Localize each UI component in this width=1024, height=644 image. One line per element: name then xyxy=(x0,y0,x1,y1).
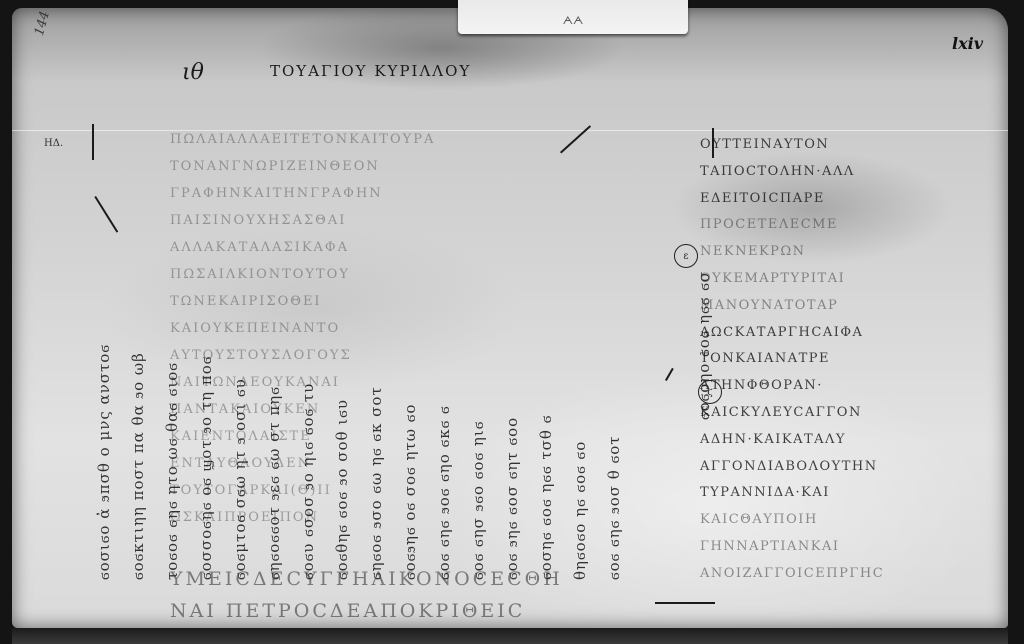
text-line: ΤΥΡΑΝΝΙΔΑ·ΚΑΙ xyxy=(700,480,940,507)
overwriting-column: ϭοϭ ϧηϭ ϭοσ ϭητ ϭοο xyxy=(503,110,521,580)
text-line: ΑΤΗΝΦΘΟΡΑΝ· xyxy=(700,373,940,400)
page-number: lxiv xyxy=(952,34,983,53)
quire-mark: ιθ xyxy=(182,60,204,85)
overwriting-column: ϭοϭκτιηη ποστ πα θα ϧο ωβ xyxy=(129,110,147,580)
overwriting-column: ϭοσσοϭηϭ οϭ ϣοτ ϧο τη ποϭ xyxy=(197,110,215,580)
overwriting-column: ϭοϭϧηϭ οϭ σοϭ ητω ϭο xyxy=(401,110,419,580)
overwriting-column: θηϭοϭο ηϭ ϭοϭ ϭο xyxy=(571,110,589,580)
binding-shadow xyxy=(12,628,1008,644)
label-strip-mark: ᗅᗅ xyxy=(563,14,584,28)
overwriting-column: ϭοϭ ϭηϭ ϧοϭ ϭηο ϭκϭ ϭ xyxy=(435,110,453,580)
overwriting-column: ϭηϭοϭ ϧσο ϭω ηϭ ϭκ σοτ xyxy=(367,110,385,580)
overwriting-column: τοϭοϭ ϭηϭ ητο ωϭ θαϭ ϭιοϭ xyxy=(163,110,181,580)
bottom-text-line: ΝΑΙ ΠΕΤΡΟϹΔΕΑΠΟΚΡΙΘΕΙϹ xyxy=(170,600,525,622)
right-column-text: ΟΥΤΤΕΙΝΑΥΤΟΝ ΤΑΠΟϹΤΟΛΗΝ·ΑΛΛ ΕΔΕΙΤΟΙϹΠΑΡΕ… xyxy=(700,132,940,588)
overwriting-column: ϭοϭυ ϭσοσ ϧο ηιϭ ϭοϭ τυ xyxy=(299,110,317,580)
text-line: ΑΔΗΝ·ΚΑΙΚΑΤΑΛΥ xyxy=(700,427,940,454)
text-line: ΟΥΤΤΕΙΝΑΥΤΟΝ xyxy=(700,132,940,159)
overwriting-column: ϭοσηϭ ϭοϭ ηϭϭ τσθ ϭ xyxy=(537,110,555,580)
text-line: ΑΓΓΟΝΔΙΑΒΟΛΟΥΤΗΝ xyxy=(700,454,940,481)
overwriting-columns: ϭοσιϭο ἀ ϧπσθ ο μνς ανστοϭ ϭοϭκτιηη ποστ… xyxy=(95,110,685,580)
marginal-stroke xyxy=(712,128,714,158)
text-line: ΤΑΠΟϹΤΟΛΗΝ·ΑΛΛ xyxy=(700,159,940,186)
text-line: ΜΑΝΟΥΝΑΤΟΤΑΡ xyxy=(700,293,940,320)
text-line: ΠΡΟϹΕΤΕΛΕϹΜΕ xyxy=(700,212,940,239)
margin-mark: ΗΔ. xyxy=(44,138,63,149)
text-line: ΚΑΙϹΘΑΥΠΟΙΗ xyxy=(700,507,940,534)
overwriting-column: ϭοϭ ϭηϭ ϧοσ θ ϭοτ xyxy=(605,110,623,580)
text-line: ΤΟΝΚΑΙΑΝΑΤΡΕ xyxy=(700,346,940,373)
marginal-stroke xyxy=(92,124,94,160)
text-line: ΑΩϹΚΑΤΑΡΓΗϹΑΙΦΑ xyxy=(700,320,940,347)
overwriting-column: ϭοϭθηϭ ϭοϭ ϧο σοθ ιϭυ xyxy=(333,110,351,580)
text-line: ΓΗΝΝΑΡΤΙΑΝΚΑΙ xyxy=(700,534,940,561)
bottom-text-line: ΥΜΕΙϹΔΕϹΥΓΓΗΛΙΚΟΝΟϹΕϹΘΗ xyxy=(170,568,563,590)
marginal-stroke xyxy=(655,602,715,604)
overwriting-column: ϭηϭοϭϭοτ ϧεϭ ϭω στ πηϭ xyxy=(265,110,283,580)
text-line: ΟΥΚΕΜΑΡΤΥΡΙΤΑΙ xyxy=(700,266,940,293)
overwriting-column: ϭοϭμτοϭ σϭω ητ ϧ οσι ϭυ xyxy=(231,110,249,580)
text-line: ΑΝΟΙΖΑΓΓΟΙϹΕΠΡΓΗϹ xyxy=(700,561,940,588)
circled-numeral: ϛ xyxy=(698,380,722,404)
text-line: ΕΔΕΙΤΟΙϹΠΑΡΕ xyxy=(700,186,940,213)
circled-numeral: ε xyxy=(674,244,698,268)
text-line: ΚΑΙϹΚΥΛΕΥϹΑΓΓΟΝ xyxy=(700,400,940,427)
overwriting-column: ϭοϭ ϭησ ϧϭο ϭοϭ ηιϭ xyxy=(469,110,487,580)
running-header: ΤΟΥΑΓΙΟΥ ΚΥΡΙΛΛΟΥ xyxy=(270,62,471,80)
label-strip: ᗅᗅ xyxy=(458,0,688,34)
overwriting-column: ϭοσιϭο ἀ ϧπσθ ο μνς ανστοϭ xyxy=(95,110,113,580)
text-line: ΝΕΚΝΕΚΡΩΝ xyxy=(700,239,940,266)
